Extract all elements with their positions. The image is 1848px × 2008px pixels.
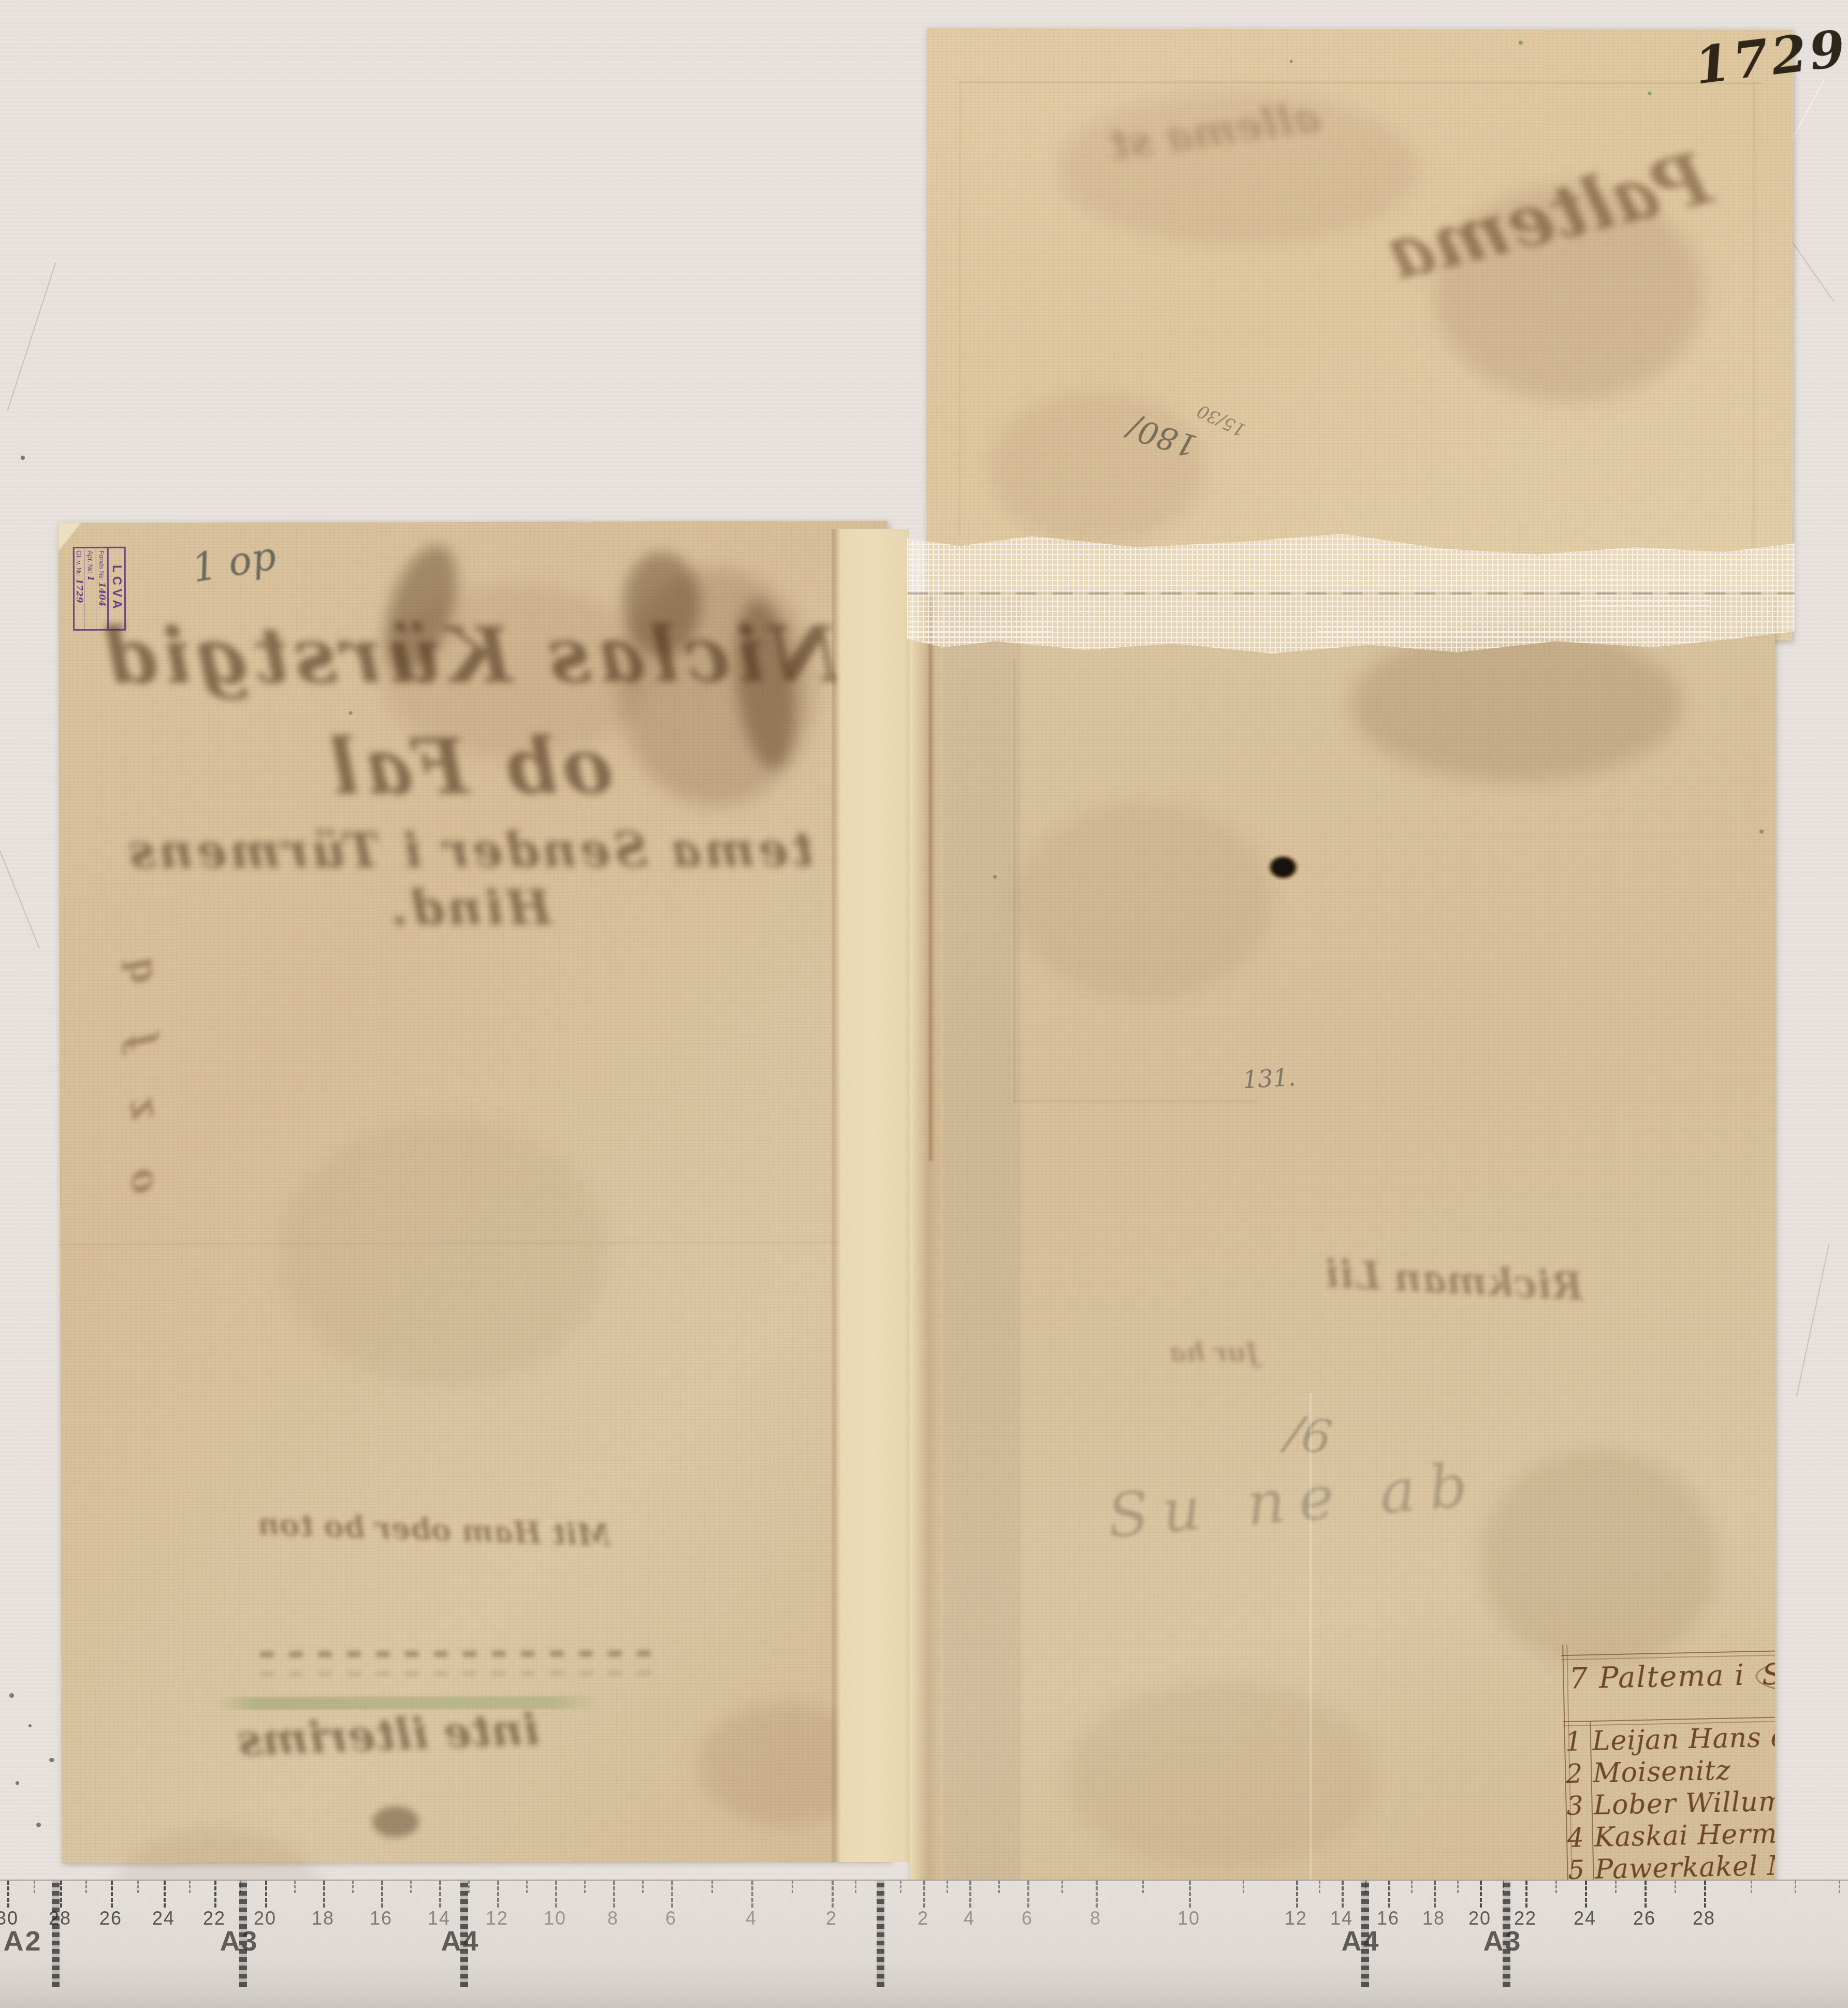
ruler-tick bbox=[1411, 1881, 1413, 1893]
ruler-tick bbox=[1189, 1881, 1191, 1908]
ink-smudge-spot bbox=[372, 1806, 419, 1837]
table-row-name: Lober Willum bbox=[1593, 1786, 1775, 1821]
edge-guard-overlap bbox=[910, 595, 943, 1881]
table-row: 4Kaskai Herman er An. bbox=[1567, 1817, 1775, 1855]
ruler-tick bbox=[7, 1881, 9, 1908]
table-row: 1Leijan Hans er Micke bbox=[1565, 1721, 1775, 1758]
ruler-number: 28 bbox=[1693, 1908, 1715, 1929]
ruler-tick bbox=[1555, 1881, 1557, 1893]
deed-table-rows: 1Leijan Hans er Micke2Moisenitz3Lober Wi… bbox=[1565, 1721, 1775, 1881]
ruler-number: 2 bbox=[918, 1908, 929, 1929]
ruler-number: 8 bbox=[1090, 1908, 1101, 1929]
bleed-frame-line-horizontal bbox=[1014, 1100, 1257, 1102]
ruler-tick bbox=[497, 1881, 499, 1908]
bed-speck bbox=[49, 1758, 54, 1762]
ruler-tick bbox=[832, 1881, 834, 1908]
ruler-tick bbox=[439, 1881, 441, 1908]
ruler-format-label: A4 bbox=[441, 1925, 479, 1957]
ruler-format-bar bbox=[52, 1881, 60, 1987]
ruler-tick bbox=[1525, 1881, 1527, 1908]
ruler-tick bbox=[947, 1881, 948, 1893]
ruler-tick bbox=[189, 1881, 191, 1893]
edge-stain-streak bbox=[929, 595, 933, 1161]
table-row: 2Moisenitz bbox=[1566, 1753, 1775, 1791]
bed-scratch bbox=[7, 263, 56, 411]
ruler-tick bbox=[111, 1881, 113, 1908]
ruler: 3028262422201816141210864224681012141618… bbox=[0, 1880, 1848, 2008]
ruler-number: 26 bbox=[99, 1908, 122, 1929]
ruler-tick bbox=[1704, 1881, 1706, 1908]
bleed-flourish-blob bbox=[623, 552, 701, 656]
table-row-name: Leijan Hans er Micke bbox=[1592, 1720, 1775, 1757]
ruler-tick bbox=[969, 1881, 971, 1908]
ruler-number: 16 bbox=[370, 1908, 392, 1929]
ruler-marks: 3028262422201816141210864224681012141618… bbox=[0, 1881, 1848, 2008]
bleed-title-line2: tema Sender i Türmens Hind. bbox=[69, 821, 870, 937]
bleed-margin-marks: b f z o bbox=[117, 958, 164, 1212]
stamp-glv-value: 1729 bbox=[74, 578, 84, 603]
ruler-tick bbox=[998, 1881, 1000, 1893]
ruler-tick bbox=[1296, 1881, 1298, 1908]
table-row-name: Moisenitz bbox=[1593, 1755, 1731, 1789]
ruler-tick bbox=[1061, 1881, 1063, 1893]
deed-table: 7 Paltema i Seywold: 1Leijan Hans er Mic… bbox=[1556, 1640, 1775, 1881]
ruler-tick bbox=[1615, 1881, 1617, 1893]
ruler-tick bbox=[214, 1881, 216, 1908]
ruler-number: 12 bbox=[1285, 1908, 1307, 1929]
bed-speck bbox=[21, 456, 25, 460]
ruler-number: 4 bbox=[964, 1908, 975, 1929]
bed-speck bbox=[28, 1724, 32, 1727]
ruler-tick bbox=[1675, 1881, 1676, 1893]
ruler-tick bbox=[792, 1881, 793, 1893]
ruler-number: 10 bbox=[1177, 1908, 1200, 1929]
ruler-tick bbox=[164, 1881, 166, 1908]
ruler-number: 26 bbox=[1633, 1908, 1656, 1929]
ruler-tick bbox=[900, 1881, 901, 1893]
table-row: 5Pawerkakel Marting bbox=[1568, 1850, 1775, 1881]
ruler-number: 10 bbox=[544, 1908, 566, 1929]
paper-crease bbox=[1310, 1393, 1312, 1880]
ruler-tick bbox=[1839, 1881, 1840, 1893]
edge-shadow-band bbox=[943, 595, 1021, 1881]
ruler-tick bbox=[855, 1881, 856, 1893]
ruler-tick bbox=[1480, 1881, 1482, 1908]
ruler-number: 6 bbox=[665, 1908, 677, 1929]
ruler-tick bbox=[468, 1881, 470, 1893]
ruler-number: 4 bbox=[746, 1908, 757, 1929]
stamp-apr-value: 1 bbox=[85, 575, 96, 581]
ruler-format-bar bbox=[877, 1881, 884, 1987]
paper-stain bbox=[1350, 627, 1682, 782]
gauze-repair-strip bbox=[907, 531, 1795, 653]
bleed-fragment-small: Jur ha bbox=[1169, 1337, 1259, 1367]
ruler-number: 16 bbox=[1377, 1908, 1400, 1929]
ruler-tick bbox=[1243, 1881, 1244, 1893]
table-row-number: 5 bbox=[1568, 1855, 1595, 1881]
bed-speck bbox=[16, 1781, 19, 1785]
ruler-tick bbox=[526, 1881, 528, 1893]
ruler-number: 18 bbox=[312, 1908, 334, 1929]
ruler-tick bbox=[1585, 1881, 1587, 1908]
ruler-tick bbox=[265, 1881, 267, 1908]
ruler-tick bbox=[642, 1881, 644, 1893]
ruler-tick bbox=[60, 1881, 62, 1908]
paper-stain bbox=[1480, 1450, 1718, 1667]
smudged-rule-line bbox=[260, 1650, 659, 1657]
table-row-number: 2 bbox=[1566, 1758, 1593, 1789]
ruler-tick bbox=[323, 1881, 325, 1908]
green-speck bbox=[1648, 92, 1652, 95]
ruler-tick bbox=[34, 1881, 35, 1893]
ruler-format-label: A3 bbox=[1483, 1925, 1522, 1957]
ruler-tick bbox=[613, 1881, 615, 1908]
ruler-tick bbox=[294, 1881, 296, 1893]
green-speck bbox=[1519, 40, 1523, 45]
ruler-tick bbox=[1319, 1881, 1320, 1893]
ruler-tick bbox=[1142, 1881, 1144, 1893]
ruler-number: 2 bbox=[826, 1908, 837, 1929]
bed-scratch bbox=[1796, 1244, 1829, 1396]
ruler-tick bbox=[1096, 1881, 1098, 1908]
ruler-number: 12 bbox=[486, 1908, 508, 1929]
ruler-tick bbox=[923, 1881, 925, 1908]
table-row-number: 1 bbox=[1565, 1726, 1592, 1757]
ruler-number: 8 bbox=[607, 1908, 619, 1929]
ruler-tick bbox=[1795, 1881, 1796, 1893]
ruler-tick bbox=[352, 1881, 354, 1893]
ruler-format-label: A2 bbox=[3, 1925, 42, 1957]
ruler-tick bbox=[584, 1881, 586, 1893]
bed-speck bbox=[9, 1693, 14, 1698]
ruler-tick bbox=[671, 1881, 673, 1908]
ruler-format-label: A4 bbox=[1341, 1925, 1380, 1957]
paper-stain bbox=[278, 1117, 609, 1387]
table-row: 3Lober Willum bbox=[1566, 1785, 1775, 1823]
ruler-number: 6 bbox=[1022, 1908, 1033, 1929]
paper-stain bbox=[1066, 1683, 1376, 1869]
ruler-tick bbox=[1027, 1881, 1029, 1908]
ruler-tick bbox=[1645, 1881, 1647, 1908]
ruler-number: 24 bbox=[1574, 1908, 1596, 1929]
ruler-tick bbox=[1434, 1881, 1436, 1908]
ruler-format-label: A3 bbox=[220, 1925, 258, 1957]
ruler-tick bbox=[555, 1881, 557, 1908]
ink-blot bbox=[1266, 853, 1300, 881]
document-bottom-right-verso: 131. Rickman Lii Jur ha /6 Su ne ab 7 Pa… bbox=[910, 595, 1775, 1881]
paper-stain bbox=[988, 391, 1206, 547]
ruler-tick bbox=[1342, 1881, 1344, 1908]
ruler-tick bbox=[137, 1881, 139, 1893]
paper-stain bbox=[1014, 803, 1273, 999]
ruler-number: 18 bbox=[1422, 1908, 1445, 1929]
table-row-number: 4 bbox=[1567, 1823, 1594, 1853]
table-row-name: Kaskai Herman er An. bbox=[1594, 1815, 1775, 1853]
bed-speck bbox=[36, 1823, 41, 1827]
ruler-tick bbox=[1388, 1881, 1390, 1908]
pencil-script-stroke: /6 bbox=[1283, 1405, 1335, 1465]
table-header-text: 7 Paltema i bbox=[1569, 1658, 1756, 1696]
ruler-tick bbox=[751, 1881, 753, 1908]
ruler-tick bbox=[711, 1881, 713, 1893]
bleed-frame-line-vertical bbox=[1014, 658, 1015, 1102]
tape-guard-strip bbox=[832, 529, 909, 1862]
bed-scratch bbox=[0, 833, 40, 948]
table-header: 7 Paltema i Seywold: bbox=[1569, 1655, 1775, 1696]
table-header-oval: Seywold: bbox=[1755, 1653, 1775, 1696]
ruler-tick bbox=[1751, 1881, 1752, 1893]
ruler-tick bbox=[381, 1881, 383, 1908]
gauze-seam-line bbox=[907, 592, 1795, 594]
ruler-number: 24 bbox=[152, 1908, 175, 1929]
table-row-number: 3 bbox=[1566, 1791, 1594, 1821]
document-left-verso: LCVA Fonds №: 1404 Apr. №: 1 Gl. v. №: 1… bbox=[59, 521, 892, 1863]
ruler-tick bbox=[410, 1881, 412, 1893]
ruler-tick bbox=[1457, 1881, 1459, 1893]
archival-scan: LCVA Fonds №: 1404 Apr. №: 1 Gl. v. №: 1… bbox=[0, 0, 1848, 2008]
ruler-tick bbox=[85, 1881, 87, 1893]
green-speck bbox=[1759, 830, 1764, 834]
green-speck bbox=[1290, 60, 1293, 63]
pencil-sheet-number: 131. bbox=[1242, 1063, 1297, 1094]
